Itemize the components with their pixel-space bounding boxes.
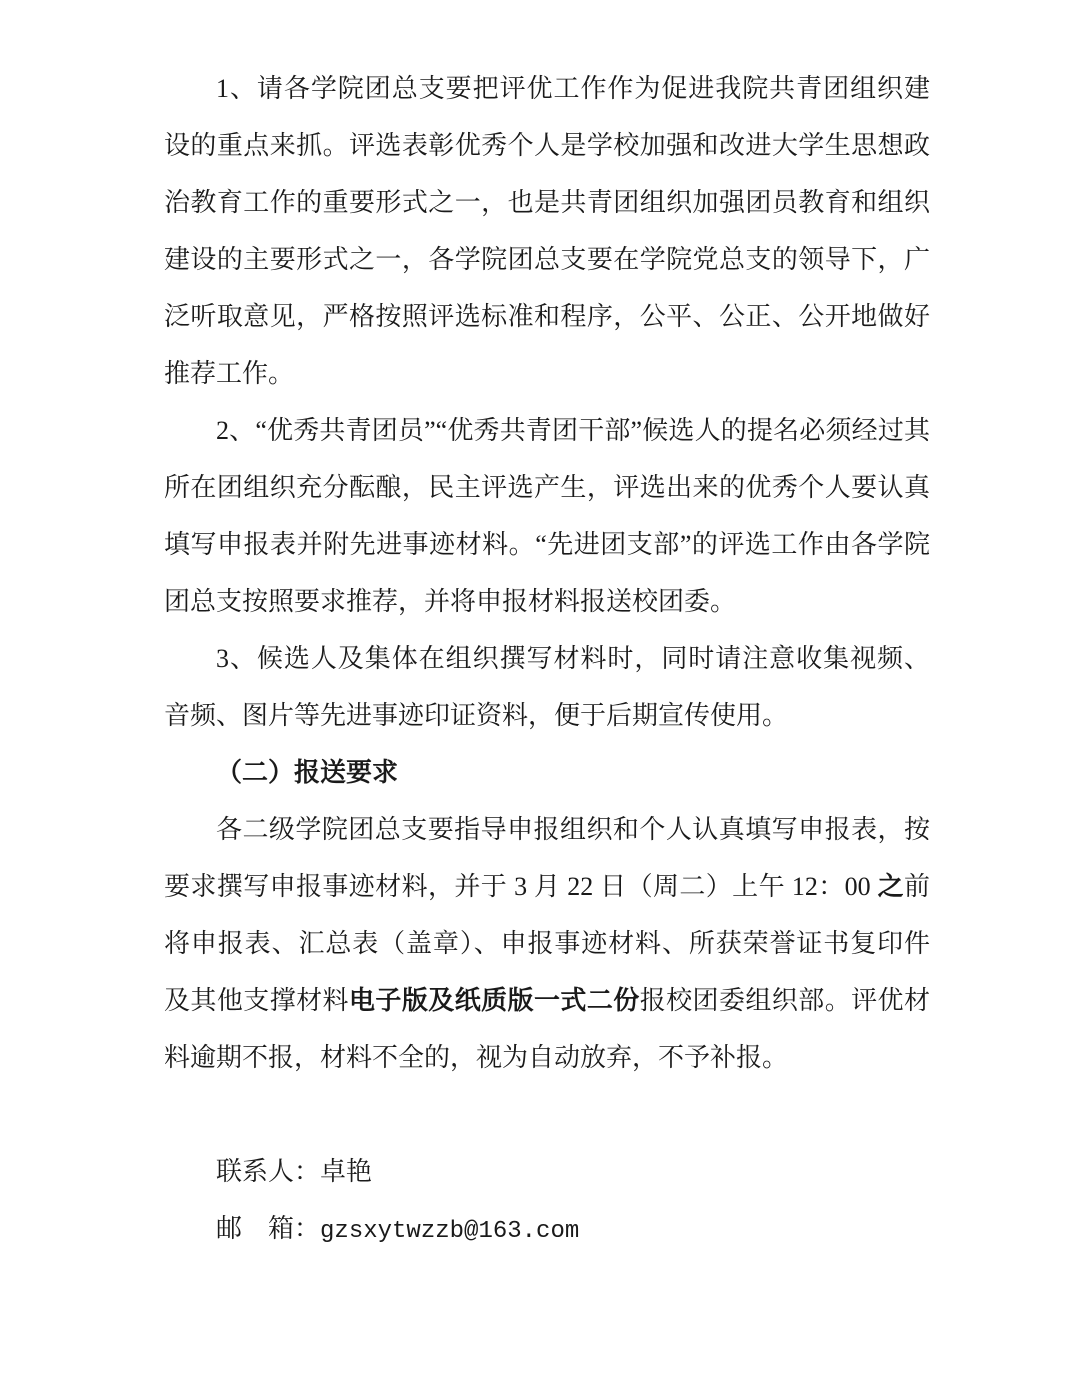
paragraph-submission-details: 各二级学院团总支要指导申报组织和个人认真填写申报表，按要求撰写申报事迹材料，并于… [164, 801, 930, 1086]
blank-line-spacer [164, 1086, 930, 1143]
email-line: 邮 箱：gzsxytwzzb@163.com [164, 1200, 930, 1260]
paragraph-point-2: 2、“优秀共青团员”“优秀共青团干部”候选人的提名必须经过其所在团组织充分酝酿，… [164, 402, 930, 630]
text-run-bold-copies: 电子版及纸质版一式二份 [349, 986, 640, 1015]
paragraph-point-1: 1、请各学院团总支要把评优工作作为促进我院共青团组织建设的重点来抓。评选表彰优秀… [164, 60, 930, 402]
section-heading-submission-requirements: （二）报送要求 [164, 744, 930, 801]
paragraph-point-3: 3、候选人及集体在组织撰写材料时，同时请注意收集视频、音频、图片等先进事迹印证资… [164, 630, 930, 744]
text-run-deadline: 各二级学院团总支要指导申报组织和个人认真填写申报表，按要求撰写申报事迹材料，并于… [164, 815, 930, 901]
email-address: gzsxytwzzb@163.com [320, 1218, 579, 1245]
email-label: 邮 箱： [216, 1214, 320, 1243]
document-page: 1、请各学院团总支要把评优工作作为促进我院共青团组织建设的重点来抓。评选表彰优秀… [0, 0, 1080, 1395]
text-run-bold-zhi: 之 [878, 872, 904, 901]
contact-person-line: 联系人：卓艳 [164, 1143, 930, 1200]
